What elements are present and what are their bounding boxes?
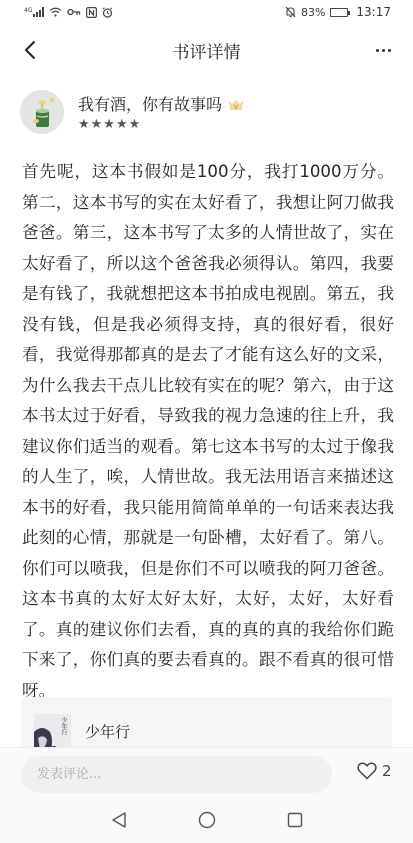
author-info: 我有酒，你有故事吗 V ★★★★★ — [78, 92, 244, 132]
page-title: 书评详情 — [173, 38, 241, 63]
author-name-row: 我有酒，你有故事吗 V — [78, 92, 244, 115]
wifi-icon — [49, 7, 62, 17]
signal-icon: 4G — [24, 7, 44, 17]
chevron-left-icon — [24, 40, 36, 60]
back-button[interactable] — [16, 36, 44, 64]
more-button[interactable] — [369, 36, 397, 64]
status-time: 13:17 — [356, 5, 391, 19]
status-right: 83% 13:17 — [285, 5, 391, 19]
like-button[interactable]: 2 — [357, 762, 392, 780]
circle-home-icon — [198, 811, 216, 829]
system-nav-bar — [0, 797, 413, 843]
status-left: 4G — [24, 7, 113, 18]
system-recents-button[interactable] — [283, 808, 307, 832]
top-nav: 书评详情 — [0, 28, 413, 72]
status-bar: 4G 83% 13:17 — [0, 0, 413, 24]
like-count: 2 — [382, 762, 392, 780]
book-title: 少年行 — [85, 721, 130, 742]
vpn-key-icon — [67, 8, 81, 16]
alarm-icon — [102, 7, 113, 18]
more-horizontal-icon — [376, 49, 379, 52]
book-cover-title: 少年行 — [59, 717, 68, 735]
more-dot — [382, 49, 385, 52]
avatar-illustration-icon — [20, 90, 64, 134]
review-author: 我有酒，你有故事吗 V ★★★★★ — [20, 90, 244, 134]
avatar[interactable] — [20, 90, 64, 134]
system-back-button[interactable] — [107, 808, 131, 832]
nfc-icon — [86, 7, 97, 18]
battery-percent: 83% — [301, 6, 325, 19]
vip-crown-icon: V — [228, 97, 244, 111]
square-recents-icon — [287, 812, 303, 828]
bottom-action-bar: 2 — [0, 747, 413, 797]
comment-input[interactable] — [21, 756, 332, 793]
battery-icon — [330, 8, 348, 17]
network-type: 4G — [24, 7, 32, 14]
author-name[interactable]: 我有酒，你有故事吗 — [78, 92, 222, 115]
heart-icon — [357, 762, 377, 780]
mute-icon — [285, 6, 296, 18]
svg-text:V: V — [234, 103, 239, 111]
star-rating: ★★★★★ — [78, 117, 244, 132]
review-text: 首先呢，这本书假如是100分，我打1000万分。第二，这本书写的实在太好看了，我… — [22, 157, 394, 706]
system-home-button[interactable] — [195, 808, 219, 832]
more-dot — [388, 49, 391, 52]
triangle-back-icon — [111, 811, 127, 829]
